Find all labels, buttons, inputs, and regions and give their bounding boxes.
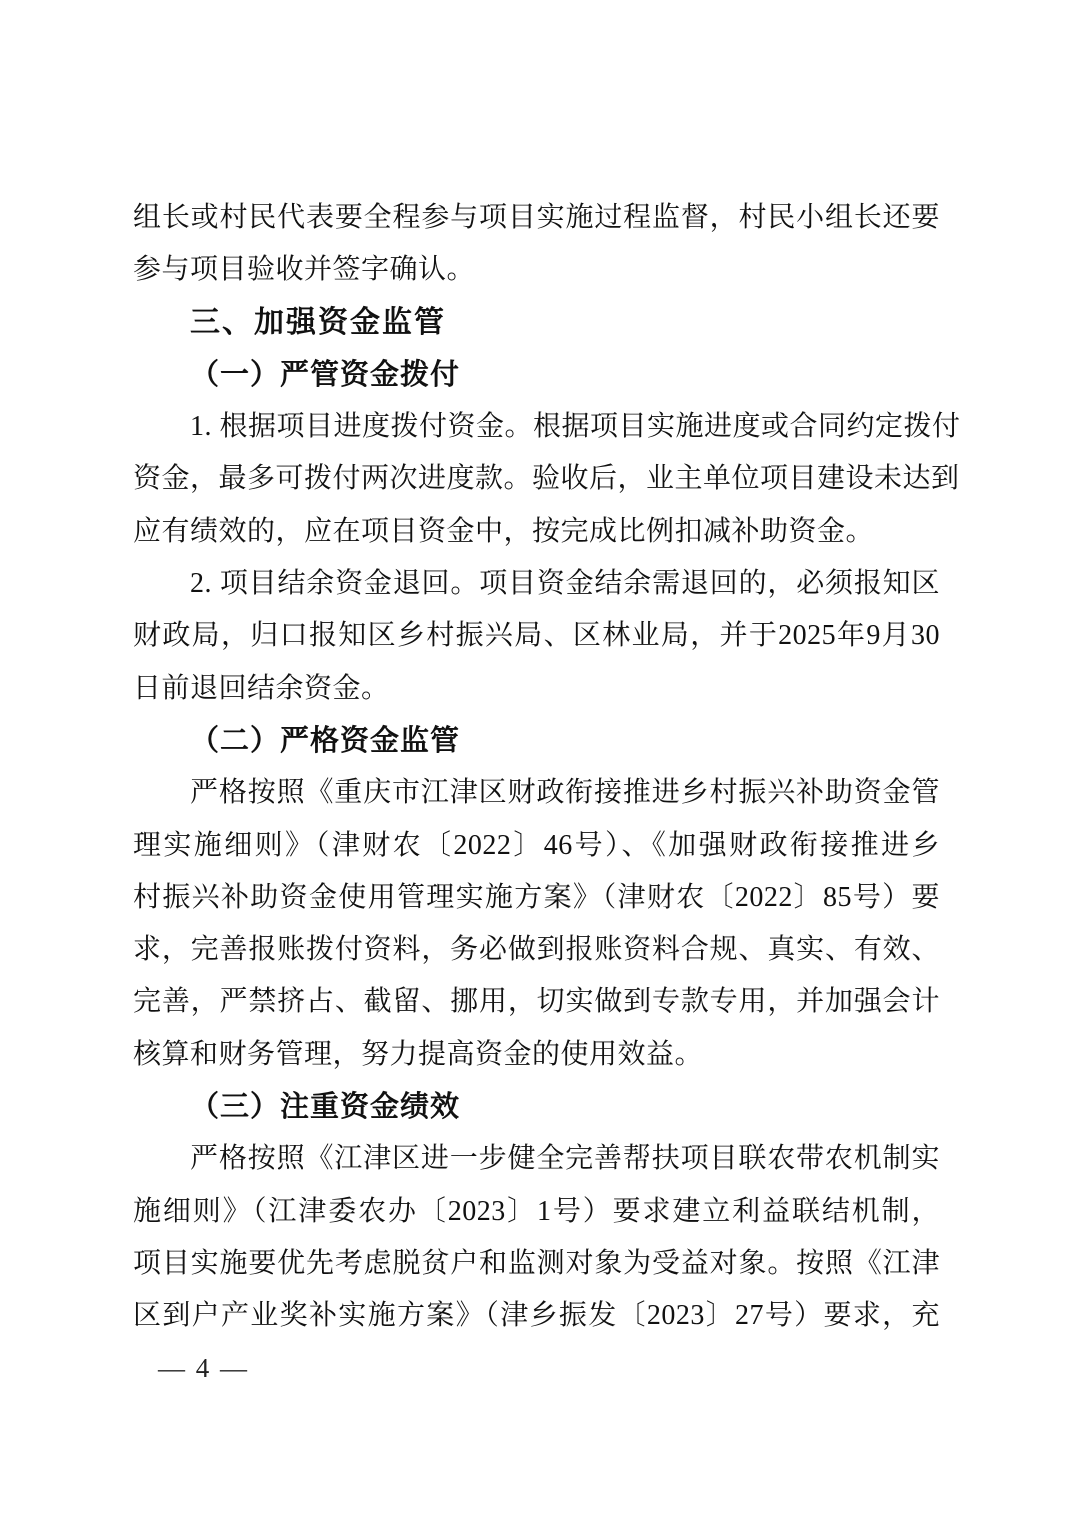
subsection-heading: （二）严格资金监管 xyxy=(133,715,940,767)
paragraph-line: 资金，最多可拨付两次进度款。验收后，业主单位项目建设未达到 xyxy=(133,453,940,505)
document-page: 组长或村民代表要全程参与项目实施过程监督，村民小组长还要 参与项目验收并签字确认… xyxy=(0,0,1074,1520)
paragraph-line: 求，完善报账拨付资料，务必做到报账资料合规、真实、有效、 xyxy=(133,924,940,976)
paragraph-line: 应有绩效的，应在项目资金中，按完成比例扣减补助资金。 xyxy=(133,506,940,558)
paragraph-line: 严格按照《重庆市江津区财政衔接推进乡村振兴补助资金管 xyxy=(133,767,940,819)
paragraph-line: 2. 项目结余资金退回。项目资金结余需退回的，必须报知区 xyxy=(133,558,940,610)
paragraph-line: 财政局，归口报知区乡村振兴局、区林业局，并于2025年9月30 xyxy=(133,610,940,662)
paragraph-line: 理实施细则》（津财农〔2022〕46号）、《加强财政衔接推进乡 xyxy=(133,820,940,872)
section-heading: 三、加强资金监管 xyxy=(133,297,940,349)
paragraph-line: 村振兴补助资金使用管理实施方案》（津财农〔2022〕85号）要 xyxy=(133,872,940,924)
subsection-heading: （三）注重资金绩效 xyxy=(133,1081,940,1133)
paragraph-line: 施细则》（江津委农办〔2023〕1号）要求建立利益联结机制， xyxy=(133,1186,940,1238)
paragraph-line: 1. 根据项目进度拨付资金。根据项目实施进度或合同约定拨付 xyxy=(133,401,940,453)
paragraph-line: 严格按照《江津区进一步健全完善帮扶项目联农带农机制实 xyxy=(133,1133,940,1185)
paragraph-line: 日前退回结余资金。 xyxy=(133,663,940,715)
subsection-heading: （一）严管资金拨付 xyxy=(133,349,940,401)
paragraph-line: 参与项目验收并签字确认。 xyxy=(133,244,940,296)
paragraph-line: 项目实施要优先考虑脱贫户和监测对象为受益对象。按照《江津 xyxy=(133,1238,940,1290)
document-body: 组长或村民代表要全程参与项目实施过程监督，村民小组长还要 参与项目验收并签字确认… xyxy=(133,192,940,1343)
paragraph-line: 组长或村民代表要全程参与项目实施过程监督，村民小组长还要 xyxy=(133,192,940,244)
paragraph-line: 完善，严禁挤占、截留、挪用，切实做到专款专用，并加强会计 xyxy=(133,976,940,1028)
page-number: — 4 — xyxy=(158,1348,249,1388)
paragraph-line: 核算和财务管理，努力提高资金的使用效益。 xyxy=(133,1029,940,1081)
paragraph-line: 区到户产业奖补实施方案》（津乡振发〔2023〕27号）要求，充 xyxy=(133,1290,940,1342)
